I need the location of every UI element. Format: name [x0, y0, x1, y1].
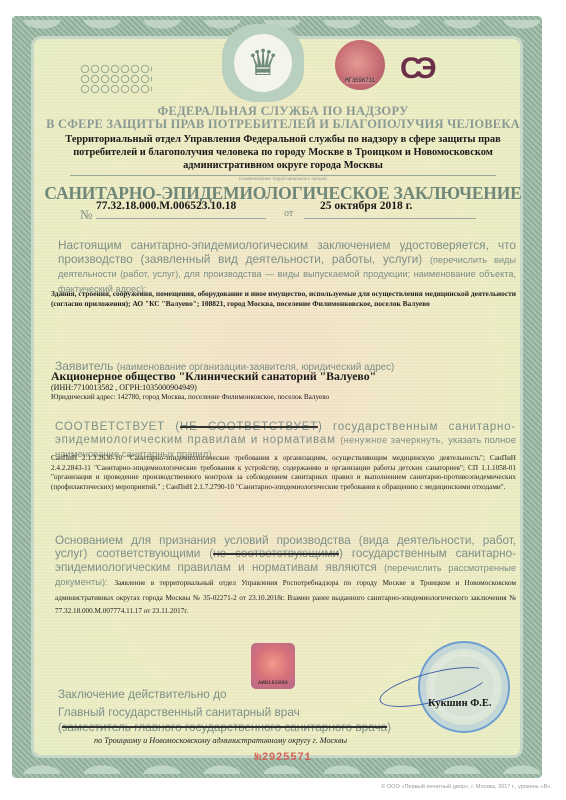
from-label: от: [284, 208, 293, 219]
not-conforms-struck: НЕ СООТВЕТСТВУЕТ: [180, 421, 318, 433]
number-sign: №: [80, 207, 92, 223]
applicant-ids: (ИНН:7710013582 , ОГРН:1035000904949): [51, 383, 197, 392]
territorial-caption: (наименование территориального органа): [0, 176, 566, 181]
basis-documents: Заявление в территориальный отдел Управл…: [55, 579, 516, 615]
conforms-text: СООТВЕТСТВУЕТ: [55, 421, 165, 433]
applicant-name: Акционерное общество "Клинический санато…: [51, 369, 376, 384]
document-number-row: № 77.32.18.000.М.006523.10.18 от 25 октя…: [80, 200, 476, 220]
printer-note: © ООО «Первый печатный двор», г. Москва,…: [381, 784, 552, 790]
guilloche-pattern-icon: [80, 64, 152, 94]
document-date: 25 октября 2018 г.: [320, 200, 412, 212]
applicant-legal-address: Юридический адрес: 142780, город Москва,…: [51, 393, 329, 401]
document-number: 77.32.18.000.М.006523.10.18: [96, 200, 236, 212]
deputy-title: (заместитель главного государственного с…: [58, 720, 391, 734]
basis-struck: не соответствующими: [213, 547, 339, 560]
hologram-sticker-bottom: АИ8182080: [251, 643, 295, 689]
number-underline: [96, 218, 266, 219]
territorial-body: Территориальный отдел Управления Федерал…: [40, 133, 526, 172]
paren: ): [387, 720, 391, 734]
coat-of-arms-badge: ♛: [222, 24, 304, 102]
deputy-struck: заместитель главного государственного са…: [62, 720, 387, 734]
double-headed-eagle-icon: ♛: [234, 34, 292, 92]
basis-statement: Основанием для признания условий произво…: [55, 534, 516, 616]
form-serial-number: №2925571: [0, 752, 566, 764]
hologram-serial: МГ3598731: [345, 77, 375, 84]
signer-name: Кукшин Ф.Е.: [428, 698, 492, 709]
sanitary-norms-list: СанПиН 2.1.3.2630-10 "Санитарно-эпидемио…: [51, 454, 516, 492]
certification-intro: Настоящим санитарно-эпидемиологическим з…: [58, 239, 516, 296]
hologram-bottom-serial: АИ8182080: [258, 679, 288, 686]
agency-name-line-2: В СФЕРЕ ЗАЩИТЫ ПРАВ ПОТРЕБИТЕЛЕЙ И БЛАГО…: [0, 117, 566, 132]
valid-until-label: Заключение действительно до: [58, 687, 227, 701]
activity-description: Здания, строения, сооружения, помещения,…: [51, 289, 516, 308]
hologram-sticker-top: МГ3598731: [335, 40, 385, 90]
date-underline: [304, 218, 476, 219]
se-certification-mark-icon: СЭ: [400, 52, 431, 86]
jurisdiction: по Троицкому и Новомосковскому администр…: [94, 736, 347, 745]
conformity-hint: (ненужное зачеркнуть,: [340, 435, 443, 445]
chief-doctor-title: Главный государственный санитарный врач: [58, 705, 300, 719]
